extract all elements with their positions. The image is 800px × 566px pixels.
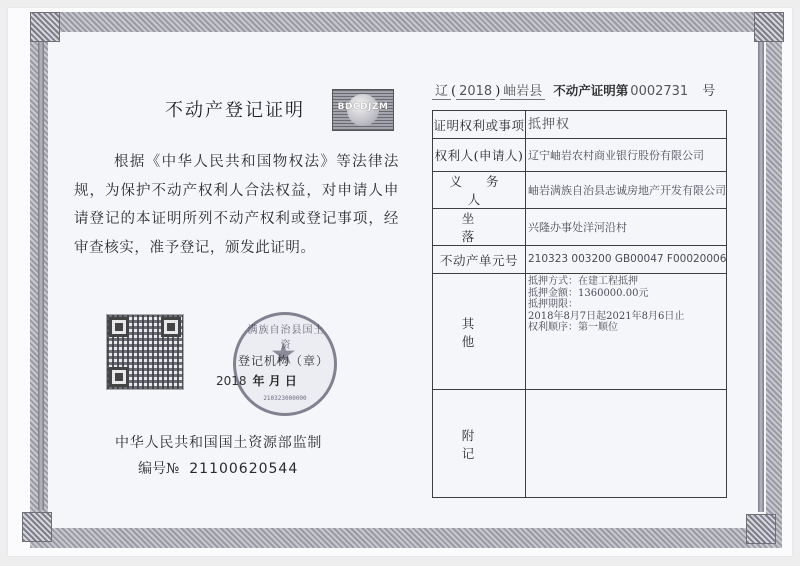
row-label: 义 务 人 (433, 172, 526, 209)
location-label: 坐 落 (462, 211, 497, 244)
qr-finder-pattern (161, 317, 181, 337)
row-label: 权利人(申请人) (433, 139, 526, 172)
registration-date-text: 年 月 日 (253, 374, 297, 388)
corner-ornament-icon (22, 512, 52, 542)
other-line: 抵押金额：1360000.00元 (528, 288, 726, 300)
table-row: 不动产单元号 210323 003200 GB00047 F00020006 (433, 246, 727, 274)
row-label: 证明权利或事项 (433, 111, 526, 139)
corner-ornament-icon (30, 12, 60, 42)
row-value: 210323 003200 GB00047 F00020006 (526, 246, 727, 274)
row-value (526, 390, 727, 498)
qr-finder-pattern (109, 367, 129, 387)
row-label: 坐 落 (433, 209, 526, 246)
other-line: 抵押方式：在建工程抵押 (528, 276, 726, 288)
corner-ornament-icon (746, 514, 776, 544)
serial-number-line: 编号№21100620544 (138, 458, 298, 478)
cert-suffix: 号 (702, 84, 715, 99)
cert-province: 辽 (432, 84, 451, 100)
badge-text: BDCDJZM (333, 102, 393, 112)
serial-number: 21100620544 (189, 461, 298, 477)
other-line: 权利顺序：第一顺位 (528, 322, 726, 334)
table-row: 义 务 人 岫岩满族自治县志诚房地产开发有限公司 (433, 172, 727, 209)
border-strip-left (38, 40, 44, 510)
cert-year: 2018 (456, 84, 495, 100)
table-row: 附 记 (433, 390, 727, 498)
cert-sequence: 0002731 (630, 84, 688, 99)
corner-ornament-icon (754, 12, 784, 42)
cert-middle-text: 不动产证明第 (553, 83, 628, 98)
registration-table: 证明权利或事项 抵押权 权利人(申请人) 辽宁岫岩农村商业银行股份有限公司 义 … (432, 110, 727, 498)
table-row: 权利人(申请人) 辽宁岫岩农村商业银行股份有限公司 (433, 139, 727, 172)
table-row: 证明权利或事项 抵押权 (433, 111, 727, 139)
qr-finder-pattern (109, 317, 129, 337)
other-label: 其 他 (462, 316, 497, 349)
cert-county: 岫岩县 (500, 84, 545, 100)
certificate-title: 不动产登记证明 (165, 96, 305, 122)
hologram-badge-icon: BDCDJZM (332, 89, 394, 131)
ministry-supervision-text: 中华人民共和国国土资源部监制 (115, 432, 322, 452)
row-value: 抵押方式：在建工程抵押 抵押金额：1360000.00元 抵押期限： 2018年… (526, 274, 727, 390)
other-line: 2018年8月7日起2021年8月6日止 (528, 311, 726, 323)
registration-year: 2018 (216, 374, 247, 388)
row-value: 抵押权 (526, 111, 727, 139)
right-type-value: 抵押权 (528, 117, 570, 132)
row-value: 岫岩满族自治县志诚房地产开发有限公司 (526, 172, 727, 209)
table-row: 其 他 抵押方式：在建工程抵押 抵押金额：1360000.00元 抵押期限： 2… (433, 274, 727, 390)
row-label: 附 记 (433, 390, 526, 498)
border-strip-right (758, 42, 764, 512)
seal-number: 210323000000 (250, 395, 320, 402)
row-label: 其 他 (433, 274, 526, 390)
obligor-label: 义 务 人 (450, 174, 509, 207)
intro-paragraph: 根据《中华人民共和国物权法》等法律法规，为保护不动产权利人合法权益，对申请人申请… (74, 148, 399, 262)
row-label: 不动产单元号 (433, 246, 526, 274)
qr-code-icon (106, 314, 184, 390)
registration-org-label: 登记机构（章） (238, 352, 329, 369)
notes-label: 附 记 (462, 428, 497, 461)
registration-date: 2018年 月 日 (216, 372, 297, 389)
table-row: 坐 落 兴隆办事处洋河沿村 (433, 209, 727, 246)
certificate-number-line: 辽(2018)岫岩县不动产证明第0002731号 (432, 80, 715, 99)
other-line: 抵押期限： (528, 299, 726, 311)
serial-label: 编号№ (138, 461, 179, 477)
row-value: 辽宁岫岩农村商业银行股份有限公司 (526, 139, 727, 172)
row-value: 兴隆办事处洋河沿村 (526, 209, 727, 246)
